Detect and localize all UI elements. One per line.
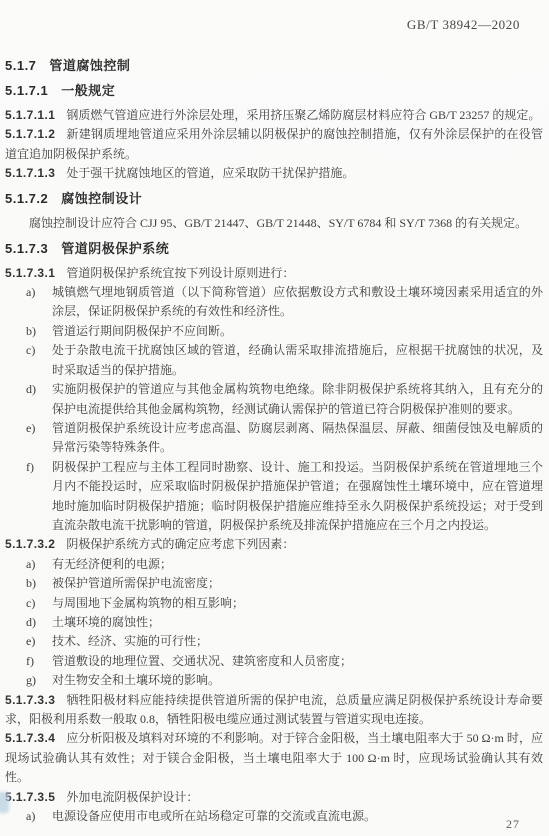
clause-text: 处于强干扰腐蚀地区的管道，应采取防干扰保护措施。 [66,166,354,180]
list-item-text: 对生物安全和土壤环境的影响。 [52,673,220,687]
list-item: f)阴极保护工程应与主体工程同时勘察、设计、施工和投运。当阴极保护系统在管道埋地… [5,458,543,536]
clause-text: 新建钢质埋地管道应采用外涂层辅以阴极保护的腐蚀控制措施，仅有外涂层保护的在役管道… [5,127,543,160]
heading-title: 管道腐蚀控制 [49,58,130,73]
section-heading: 5.1.7.3管道阴极保护系统 [5,239,543,258]
list-item-text: 管道敷设的地理位置、交通状况、建筑密度和人员密度； [52,654,352,668]
clause-number: 5.1.7.3.4 [5,731,55,745]
list-item-label: a) [26,283,35,302]
list-item: d)土壤环境的腐蚀性； [5,613,543,632]
clause-paragraph: 5.1.7.3.1管道阴极保护系统宜按下列设计原则进行： [5,264,543,283]
list-item: b)管道运行期间阴极保护不应间断。 [5,322,543,341]
list-item-text: 处于杂散电流干扰腐蚀区域的管道，经确认需采取排流措施后，应根据干扰腐蚀的状况，及… [52,343,543,376]
section-heading: 5.1.7.2腐蚀控制设计 [5,189,543,208]
list-item-text: 城镇燃气埋地钢质管道（以下简称管道）应依据敷设方式和敷设土壤环境因素采用适宜的外… [52,285,543,318]
clause-number: 5.1.7.1.2 [5,127,55,141]
document-page: GB/T 38942—2020 5.1.7管道腐蚀控制5.1.7.1一般规定5.… [0,0,549,836]
list-item: a)电源设备应使用市电或所在站场稳定可靠的交流或直流电源。 [5,807,543,826]
clause-paragraph: 5.1.7.3.4应分析阳极及填料对环境的不利影响。对于锌合金阳极，当土壤电阻率… [5,729,543,787]
page-number: 27 [506,817,520,832]
list-item: e)技术、经济、实施的可行性； [5,632,543,651]
list-item: e)管道阴极保护系统设计应考虑高温、防腐层剥离、隔热保温层、屏蔽、细菌侵蚀及电解… [5,419,543,458]
clause-text: 钢质燃气管道应进行外涂层处理，采用挤压聚乙烯防腐层材料应符合 GB/T 2325… [66,108,540,122]
list-item-label: a) [26,807,35,826]
clause-text: 应分析阳极及填料对环境的不利影响。对于锌合金阳极，当土壤电阻率大于 50 Ω·m… [5,731,543,784]
clause-paragraph: 5.1.7.3.3牺牲阳极材料应能持续提供管道所需的保护电流，总质量应满足阴极保… [5,691,543,730]
list-item-text: 土壤环境的腐蚀性； [52,615,160,629]
list-item-text: 电源设备应使用市电或所在站场稳定可靠的交流或直流电源。 [52,809,376,823]
list-item-text: 被保护管道所需保护电流密度； [52,576,220,590]
list-item-text: 管道阴极保护系统设计应考虑高温、防腐层剥离、隔热保温层、屏蔽、细菌侵蚀及电解质的… [52,421,543,454]
list-item: c)与周围地下金属构筑物的相互影响； [5,594,543,613]
clause-text: 阴极保护系统方式的确定应考虑下列因素： [66,537,294,551]
list-item-text: 与周围地下金属构筑物的相互影响； [52,596,244,610]
list-item: a)城镇燃气埋地钢质管道（以下简称管道）应依据敷设方式和敷设土壤环境因素采用适宜… [5,283,543,322]
heading-number: 5.1.7.1 [5,83,48,98]
heading-number: 5.1.7.3 [5,241,48,256]
clause-number: 5.1.7.1.1 [5,108,55,122]
clause-paragraph: 5.1.7.1.2新建钢质埋地管道应采用外涂层辅以阴极保护的腐蚀控制措施，仅有外… [5,125,543,164]
list-item-label: c) [26,594,35,613]
heading-title: 腐蚀控制设计 [61,191,142,206]
list-item-label: d) [26,613,36,632]
list-item: g)对生物安全和土壤环境的影响。 [5,671,543,690]
list-item-label: d) [26,380,36,399]
list-item-text: 阴极保护工程应与主体工程同时勘察、设计、施工和投运。当阴极保护系统在管道埋地三个… [52,460,543,532]
list-item-label: e) [26,419,35,438]
list-item-label: f) [26,652,34,671]
list-item: d)实施阴极保护的管道应与其他金属构筑物电绝缘。除非阴极保护系统将其纳入，且有充… [5,380,543,419]
list-item-text: 技术、经济、实施的可行性； [52,634,208,648]
list-item-label: g) [26,671,36,690]
body-paragraph: 腐蚀控制设计应符合 CJJ 95、GB/T 21447、GB/T 21448、S… [5,214,543,233]
list-item-label: b) [26,322,36,341]
standard-code: GB/T 38942—2020 [407,17,520,33]
section-heading: 5.1.7.1一般规定 [5,81,543,100]
list-item: f)管道敷设的地理位置、交通状况、建筑密度和人员密度； [5,652,543,671]
list-item-text: 有无经济便利的电源； [52,557,172,571]
clause-paragraph: 5.1.7.1.3处于强干扰腐蚀地区的管道，应采取防干扰保护措施。 [5,164,543,183]
heading-number: 5.1.7.2 [5,191,48,206]
clause-number: 5.1.7.3.5 [5,790,55,804]
clause-text: 管道阴极保护系统宜按下列设计原则进行： [66,266,294,280]
list-item-label: e) [26,632,35,651]
ordered-list: a)电源设备应使用市电或所在站场稳定可靠的交流或直流电源。 [5,807,543,826]
clause-number: 5.1.7.3.3 [5,693,55,707]
clause-number: 5.1.7.1.3 [5,166,55,180]
clause-number: 5.1.7.3.1 [5,266,55,280]
list-item-label: f) [26,458,34,477]
list-item: a)有无经济便利的电源； [5,555,543,574]
list-item: c)处于杂散电流干扰腐蚀区域的管道，经确认需采取排流措施后，应根据干扰腐蚀的状况… [5,341,543,380]
clause-text: 牺牲阳极材料应能持续提供管道所需的保护电流，总质量应满足阴极保护系统设计寿命要求… [5,693,543,726]
clause-paragraph: 5.1.7.3.5外加电流阴极保护设计： [5,788,543,807]
list-item-label: a) [26,555,35,574]
clause-text: 外加电流阴极保护设计： [66,790,198,804]
clause-paragraph: 5.1.7.1.1钢质燃气管道应进行外涂层处理，采用挤压聚乙烯防腐层材料应符合 … [5,106,543,125]
clause-paragraph: 5.1.7.3.2阴极保护系统方式的确定应考虑下列因素： [5,535,543,554]
document-content: 5.1.7管道腐蚀控制5.1.7.1一般规定5.1.7.1.1钢质燃气管道应进行… [5,50,543,826]
heading-number: 5.1.7 [5,58,36,73]
section-heading: 5.1.7管道腐蚀控制 [5,56,543,75]
list-item-label: c) [26,341,35,360]
clause-number: 5.1.7.3.2 [5,537,55,551]
list-item: b)被保护管道所需保护电流密度； [5,574,543,593]
list-item-text: 管道运行期间阴极保护不应间断。 [52,324,232,338]
ordered-list: a)城镇燃气埋地钢质管道（以下简称管道）应依据敷设方式和敷设土壤环境因素采用适宜… [5,283,543,535]
scan-artifact [0,792,9,813]
heading-title: 一般规定 [61,83,115,98]
heading-title: 管道阴极保护系统 [61,241,169,256]
list-item-label: b) [26,574,36,593]
list-item-text: 实施阴极保护的管道应与其他金属构筑物电绝缘。除非阴极保护系统将其纳入，且有充分的… [52,382,543,415]
ordered-list: a)有无经济便利的电源；b)被保护管道所需保护电流密度；c)与周围地下金属构筑物… [5,555,543,691]
